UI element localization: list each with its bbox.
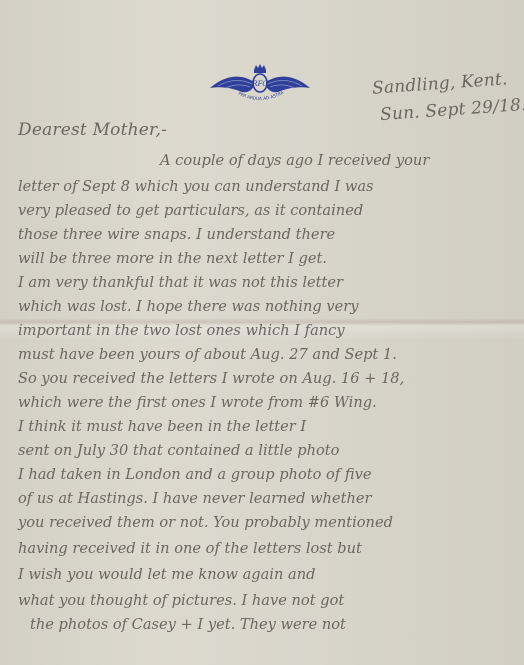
letter-page: RFC PER ARDUA AD ASTRA Sandling, Kent. S… xyxy=(0,0,524,665)
letter-line: having received it in one of the letters… xyxy=(18,540,362,557)
letter-date: Sun. Sept 29/18. xyxy=(379,95,524,125)
svg-text:RFC: RFC xyxy=(251,80,268,88)
letter-line: I am very thankful that it was not this … xyxy=(18,274,343,291)
letter-line: those three wire snaps. I understand the… xyxy=(18,226,335,243)
letter-line: I wish you would let me know again and xyxy=(18,566,315,583)
rfc-wings-crest-icon: RFC PER ARDUA AD ASTRA xyxy=(208,62,312,106)
letter-line: I had taken in London and a group photo … xyxy=(18,466,371,483)
letter-line: of us at Hastings. I have never learned … xyxy=(18,490,371,507)
letter-line: what you thought of pictures. I have not… xyxy=(18,592,344,609)
letter-line: important in the two lost ones which I f… xyxy=(18,322,345,339)
letter-salutation: Dearest Mother,- xyxy=(18,120,167,140)
letter-line: sent on July 30 that contained a little … xyxy=(18,442,339,459)
letter-line: So you received the letters I wrote on A… xyxy=(18,370,404,387)
letter-line: will be three more in the next letter I … xyxy=(18,250,327,267)
letter-line: which were the first ones I wrote from #… xyxy=(18,394,377,411)
letter-location: Sandling, Kent. xyxy=(371,69,508,98)
letter-line: A couple of days ago I received your xyxy=(160,152,429,169)
letter-line: you received them or not. You probably m… xyxy=(18,514,393,531)
letter-line: the photos of Casey + I yet. They were n… xyxy=(30,616,346,633)
letter-line: very pleased to get particulars, as it c… xyxy=(18,202,363,219)
letter-line: must have been yours of about Aug. 27 an… xyxy=(18,346,397,363)
letter-line: letter of Sept 8 which you can understan… xyxy=(18,178,374,195)
letter-line: which was lost. I hope there was nothing… xyxy=(18,298,358,315)
letter-line: I think it must have been in the letter … xyxy=(18,418,306,435)
